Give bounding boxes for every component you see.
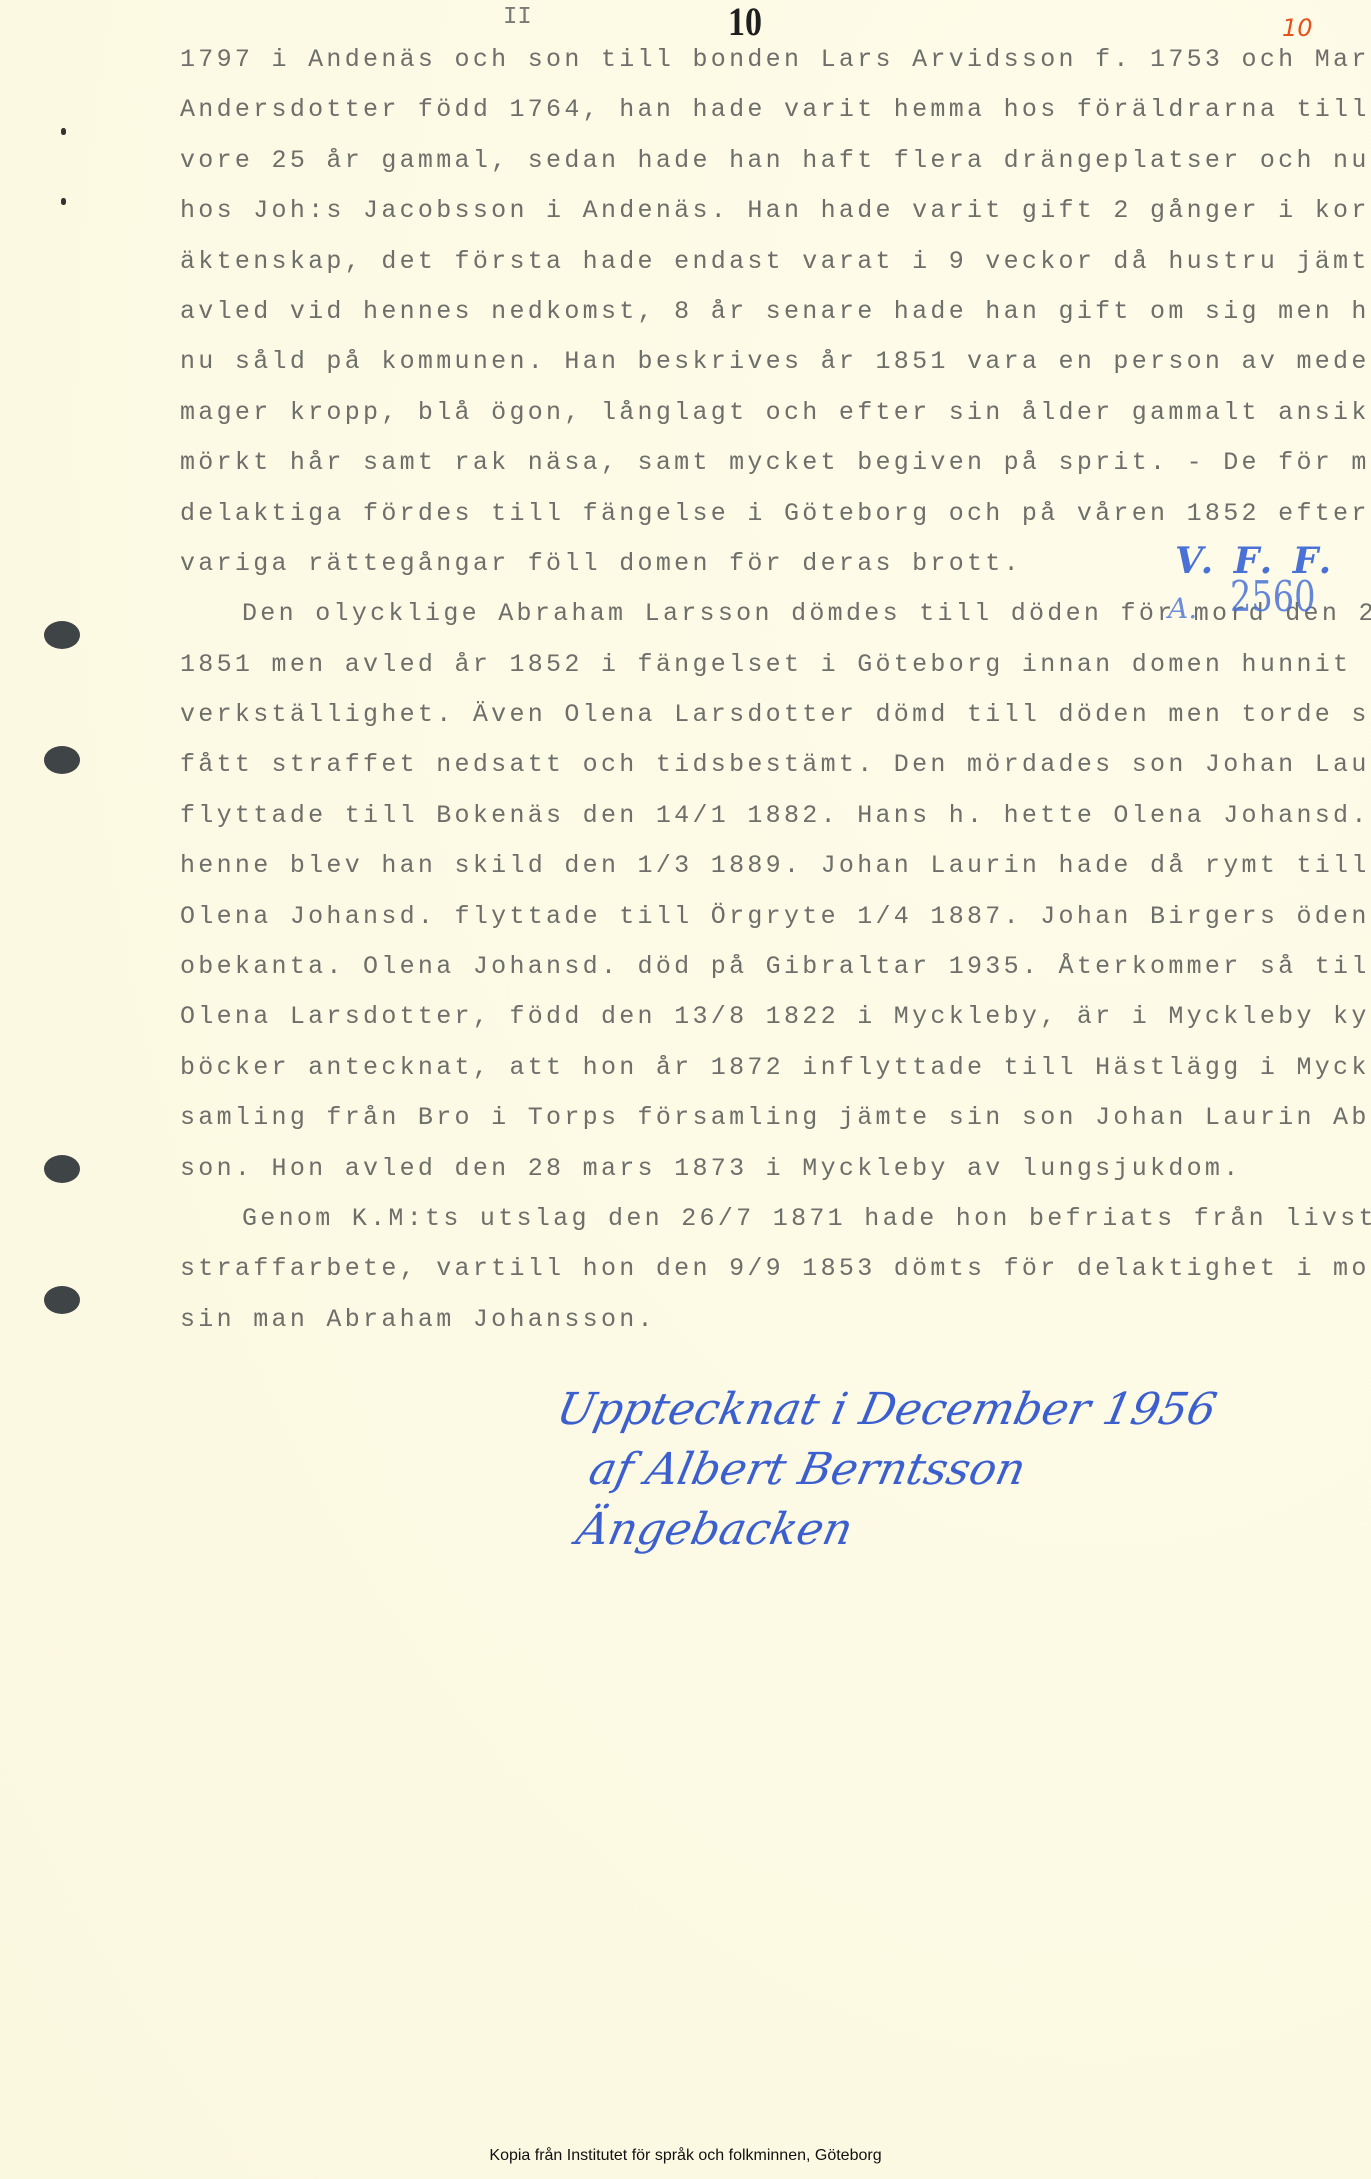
archive-document-page: II 10 10 1797 i Andenäs och son till bon…	[0, 0, 1371, 2179]
section-roman-numeral: II	[503, 4, 532, 31]
text-line: straffarbete, vartill hon den 9/9 1853 d…	[180, 1244, 1330, 1294]
copy-footer: Kopia från Institutet för språk och folk…	[0, 2147, 1371, 2165]
text-line: mager kropp, blå ögon, långlagt och efte…	[180, 388, 1330, 438]
text-line: flyttade till Bokenäs den 14/1 1882. Han…	[180, 791, 1330, 841]
handwritten-line-author: af Albert Berntsson Ängebacken	[526, 1440, 1272, 1560]
punch-hole	[44, 1286, 80, 1314]
text-line: böcker antecknat, att hon år 1872 inflyt…	[180, 1043, 1330, 1093]
text-line: verkställighet. Även Olena Larsdotter dö…	[180, 690, 1330, 740]
handwritten-line-date: Upptecknat i December 1956	[551, 1380, 1284, 1440]
text-line: henne blev han skild den 1/3 1889. Johan…	[180, 841, 1330, 891]
text-line: mörkt hår samt rak näsa, samt mycket beg…	[180, 438, 1330, 488]
text-line: hos Joh:s Jacobsson i Andenäs. Han hade …	[180, 186, 1330, 236]
text-line: delaktiga fördes till fängelse i Götebor…	[180, 489, 1330, 539]
typed-body-text: 1797 i Andenäs och son till bonden Lars …	[180, 35, 1330, 1345]
text-line: sin man Abraham Johansson.	[180, 1295, 1330, 1345]
text-line: vore 25 år gammal, sedan hade han haft f…	[180, 136, 1330, 186]
text-line: son. Hon avled den 28 mars 1873 i Myckle…	[180, 1144, 1330, 1194]
text-line: 1851 men avled år 1852 i fängelset i Göt…	[180, 640, 1330, 690]
paragraph-start-line: Genom K.M:ts utslag den 26/7 1871 hade h…	[180, 1194, 1330, 1244]
margin-mark	[61, 198, 66, 205]
text-line: variga rättegångar föll domen för deras …	[180, 539, 1330, 589]
text-line: 1797 i Andenäs och son till bonden Lars …	[180, 35, 1330, 85]
text-line: fått straffet nedsatt och tidsbestämt. D…	[180, 740, 1330, 790]
punch-hole	[44, 1155, 80, 1183]
punch-hole	[44, 746, 80, 774]
margin-mark	[61, 128, 66, 135]
text-line: nu såld på kommunen. Han beskrives år 18…	[180, 337, 1330, 387]
text-line: avled vid hennes nedkomst, 8 år senare h…	[180, 287, 1330, 337]
text-line: Olena Johansd. flyttade till Örgryte 1/4…	[180, 892, 1330, 942]
text-line: samling från Bro i Torps församling jämt…	[180, 1093, 1330, 1143]
paragraph-start-line: Den olycklige Abraham Larsson dömdes til…	[180, 589, 1330, 639]
text-line: Andersdotter född 1764, han hade varit h…	[180, 85, 1330, 135]
punch-hole	[44, 621, 80, 649]
text-line: äktenskap, det första hade endast varat …	[180, 237, 1330, 287]
archive-stamp-number: 2560	[1230, 572, 1316, 621]
text-line: Olena Larsdotter, född den 13/8 1822 i M…	[180, 992, 1330, 1042]
handwritten-note: Upptecknat i December 1956 af Albert Ber…	[526, 1380, 1284, 1560]
text-line: obekanta. Olena Johansd. död på Gibralta…	[180, 942, 1330, 992]
archive-stamp-prefix: A.	[1168, 592, 1197, 625]
